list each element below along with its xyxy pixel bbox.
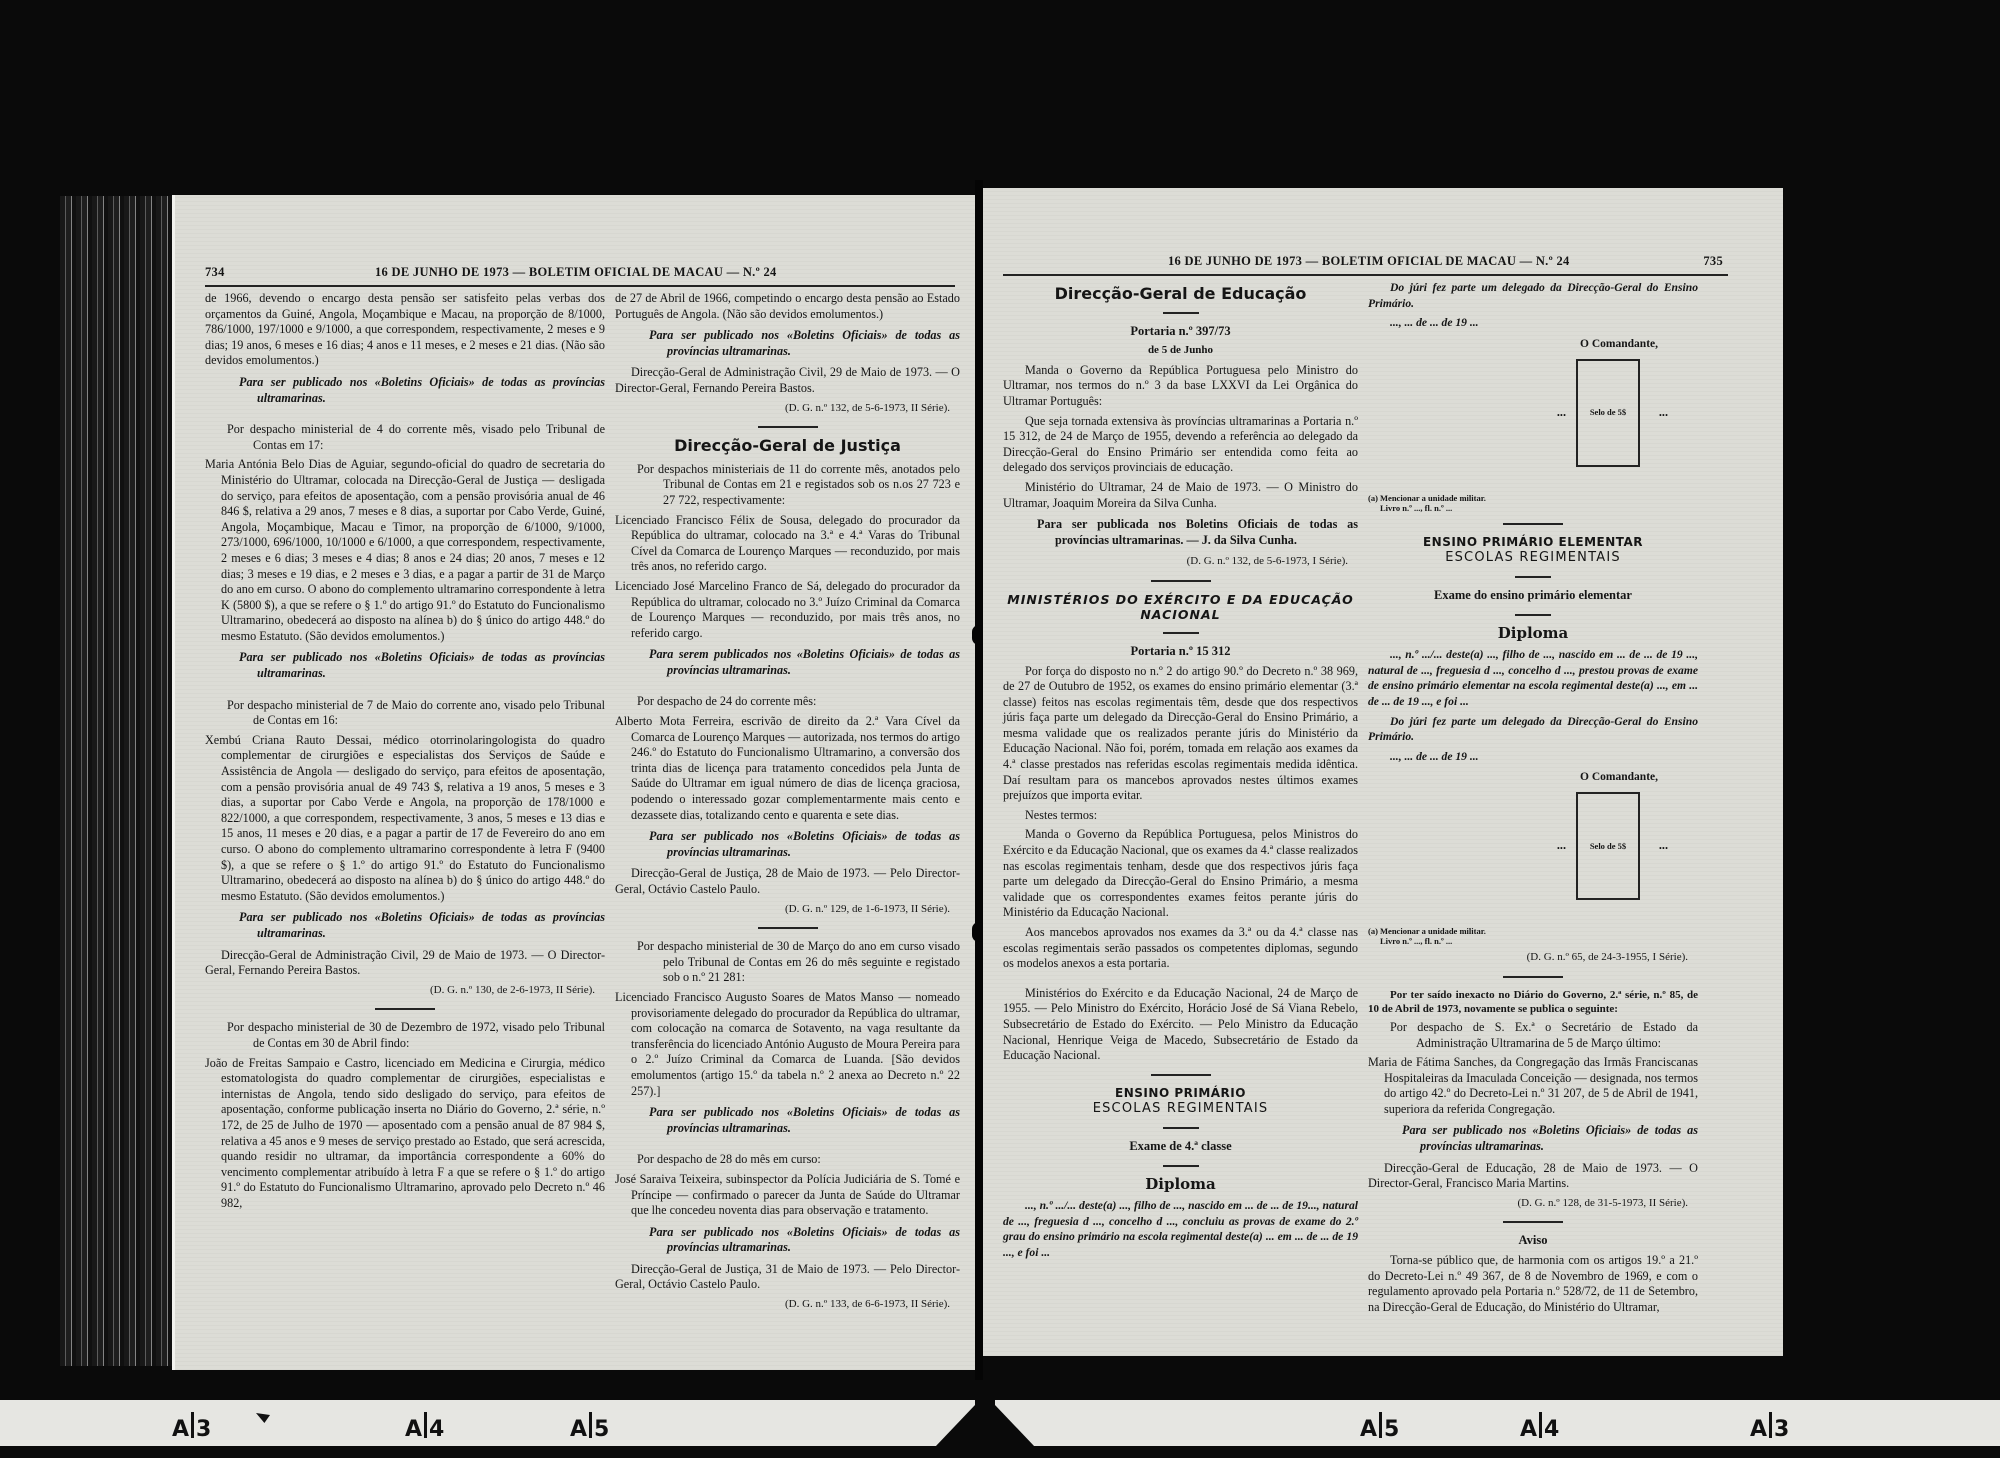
form-subheading: ESCOLAS REGIMENTAIS bbox=[1368, 550, 1698, 566]
dg-reference: (D. G. n.º 65, de 24-3-1955, I Série). bbox=[1368, 950, 1698, 966]
dots: ... bbox=[1659, 405, 1668, 421]
frame-marker: A5 bbox=[1360, 1412, 1399, 1442]
separator bbox=[758, 927, 818, 929]
dg-reference: (D. G. n.º 129, de 1-6-1973, II Série). bbox=[615, 902, 960, 918]
dispatch-entry: Maria de Fátima Sanches, da Congregação … bbox=[1368, 1055, 1698, 1117]
publication-note: Para ser publicada nos Boletins Oficiais… bbox=[1003, 517, 1358, 548]
dispatch-entry: Licenciado Francisco Félix de Sousa, del… bbox=[615, 513, 960, 575]
paragraph: Nestes termos: bbox=[1003, 808, 1358, 824]
header-rule bbox=[1003, 274, 1728, 276]
separator bbox=[758, 426, 818, 428]
separator bbox=[1503, 523, 1563, 525]
section-title: Direcção-Geral de Justiça bbox=[615, 438, 960, 454]
commander-label: O Comandante, bbox=[1580, 337, 1658, 353]
page-734: 734 16 DE JUNHO DE 1973 — BOLETIM OFICIA… bbox=[172, 195, 975, 1370]
signature-line: Ministérios do Exército e da Educação Na… bbox=[1003, 986, 1358, 1064]
form-date: ..., ... de ... de 19 ... bbox=[1368, 315, 1698, 331]
center-marker-right bbox=[995, 1405, 1035, 1447]
separator bbox=[1163, 1127, 1199, 1129]
form-subheading: ESCOLAS REGIMENTAIS bbox=[1003, 1101, 1358, 1117]
dispatch-entry: Xembú Criana Rauto Dessai, médico otorri… bbox=[205, 733, 605, 905]
frame-marker: A5 bbox=[570, 1412, 609, 1442]
dispatch-intro: Por despacho de S. Ex.ª o Secretário de … bbox=[1368, 1020, 1698, 1051]
publication-note: Para ser publicado nos «Boletins Oficiai… bbox=[615, 1225, 960, 1256]
publication-note: Para ser publicado nos «Boletins Oficiai… bbox=[615, 328, 960, 359]
page-number: 735 bbox=[1703, 254, 1723, 269]
signature-line: Direcção-Geral de Administração Civil, 2… bbox=[205, 948, 605, 979]
dg-reference: (D. G. n.º 133, de 6-6-1973, II Série). bbox=[615, 1297, 960, 1313]
dispatch-intro: Por despacho ministerial de 30 de Dezemb… bbox=[205, 1020, 605, 1051]
dispatch-intro: Por despacho ministerial de 30 de Março … bbox=[615, 939, 960, 986]
dispatch-intro: Por despacho de 24 do corrente mês: bbox=[615, 694, 960, 710]
publication-note: Para ser publicado nos «Boletins Oficiai… bbox=[615, 1105, 960, 1136]
exam-title: Exame do ensino primário elementar bbox=[1368, 588, 1698, 604]
frame-marker: A4 bbox=[405, 1412, 444, 1442]
diploma-title: Diploma bbox=[1368, 626, 1698, 642]
page-735: 16 DE JUNHO DE 1973 — BOLETIM OFICIAL DE… bbox=[983, 188, 1783, 1356]
header-rule bbox=[205, 285, 955, 287]
dg-reference: (D. G. n.º 132, de 5-6-1973, II Série). bbox=[615, 401, 960, 417]
footnote: (a) Mencionar a unidade militar. Livro n… bbox=[1368, 926, 1698, 946]
exam-title: Exame de 4.ª classe bbox=[1003, 1139, 1358, 1155]
running-title: 16 DE JUNHO DE 1973 — BOLETIM OFICIAL DE… bbox=[1168, 254, 1570, 269]
signature-seal-block: O Comandante, ... Selo de 5$ ... bbox=[1368, 770, 1698, 920]
aviso-title: Aviso bbox=[1368, 1233, 1698, 1249]
diploma-form-text: ..., n.º .../... deste(a) ..., filho de … bbox=[1003, 1198, 1358, 1260]
diploma-form-text: ..., n.º .../... deste(a) ..., filho de … bbox=[1368, 647, 1698, 709]
dg-reference: (D. G. n.º 132, de 5-6-1973, I Série). bbox=[1003, 554, 1358, 570]
portaria-date: de 5 de Junho bbox=[1003, 343, 1358, 359]
signature-line: Direcção-Geral de Administração Civil, 2… bbox=[615, 365, 960, 396]
section-title: Direcção-Geral de Educação bbox=[1003, 286, 1358, 302]
footnote: (a) Mencionar a unidade militar. Livro n… bbox=[1368, 493, 1698, 513]
form-date: ..., ... de ... de 19 ... bbox=[1368, 749, 1698, 765]
page-number: 734 bbox=[205, 265, 225, 280]
diploma-title: Diploma bbox=[1003, 1177, 1358, 1193]
separator bbox=[1151, 1074, 1211, 1076]
dispatch-intro: Por despacho ministerial de 7 de Maio do… bbox=[205, 698, 605, 729]
dispatch-entry: Maria Antónia Belo Dias de Aguiar, segun… bbox=[205, 457, 605, 644]
separator bbox=[375, 1008, 435, 1010]
frame-marker: A4 bbox=[1520, 1412, 1559, 1442]
publication-note: Para serem publicados nos «Boletins Ofic… bbox=[615, 647, 960, 678]
dispatch-entry: Licenciado Francisco Augusto Soares de M… bbox=[615, 990, 960, 1099]
separator bbox=[1163, 1165, 1199, 1167]
publication-note: Para ser publicado nos «Boletins Oficiai… bbox=[205, 910, 605, 941]
publication-note: Para ser publicado nos «Boletins Oficiai… bbox=[205, 650, 605, 681]
running-head-right: 16 DE JUNHO DE 1973 — BOLETIM OFICIAL DE… bbox=[983, 254, 1783, 272]
separator bbox=[1151, 580, 1211, 582]
paragraph: Aos mancebos aprovados nos exames da 3.ª… bbox=[1003, 925, 1358, 972]
dots: ... bbox=[1659, 838, 1668, 854]
dg-reference: (D. G. n.º 130, de 2-6-1973, II Série). bbox=[205, 983, 605, 999]
publication-note: Para ser publicado nos «Boletins Oficiai… bbox=[615, 829, 960, 860]
publication-note: Para ser publicado nos «Boletins Oficiai… bbox=[205, 375, 605, 406]
jury-note: Do júri fez parte um delegado da Direcçã… bbox=[1368, 714, 1698, 745]
dispatch-intro: Por despachos ministeriais de 11 do corr… bbox=[615, 462, 960, 509]
dg-reference: (D. G. n.º 128, de 31-5-1973, II Série). bbox=[1368, 1196, 1698, 1212]
signature-line: Direcção-Geral de Justiça, 28 de Maio de… bbox=[615, 866, 960, 897]
separator bbox=[1515, 614, 1551, 616]
separator bbox=[1503, 976, 1563, 978]
separator bbox=[1515, 576, 1551, 578]
dispatch-intro: Por despacho de 28 do mês em curso: bbox=[615, 1152, 960, 1168]
stamp-box: Selo de 5$ bbox=[1576, 359, 1640, 467]
right-column-2: Do júri fez parte um delegado da Direcçã… bbox=[1368, 280, 1698, 1319]
separator bbox=[1503, 1221, 1563, 1223]
dispatch-entry: João de Freitas Sampaio e Castro, licenc… bbox=[205, 1056, 605, 1212]
book-gutter bbox=[975, 180, 983, 1380]
dispatch-entry: Alberto Mota Ferreira, escrivão de direi… bbox=[615, 714, 960, 823]
running-head-left: 734 16 DE JUNHO DE 1973 — BOLETIM OFICIA… bbox=[175, 265, 975, 283]
dots: ... bbox=[1557, 838, 1566, 854]
aviso-text: Torna-se público que, de harmonia com os… bbox=[1368, 1253, 1698, 1315]
paragraph: Por força do disposto no n.º 2 do artigo… bbox=[1003, 664, 1358, 804]
stamp-label: Selo de 5$ bbox=[1590, 839, 1626, 855]
paragraph: de 27 de Abril de 1966, competindo o enc… bbox=[615, 291, 960, 322]
jury-note: Do júri fez parte um delegado da Direcçã… bbox=[1368, 280, 1698, 311]
signature-line: Direcção-Geral de Justiça, 31 de Maio de… bbox=[615, 1262, 960, 1293]
ministry-title: MINISTÉRIOS DO EXÉRCITO E DA EDUCAÇÃO NA… bbox=[1003, 592, 1358, 622]
form-heading: ENSINO PRIMÁRIO ELEMENTAR bbox=[1368, 535, 1698, 551]
stamp-label: Selo de 5$ bbox=[1590, 405, 1626, 421]
page-stack-edge bbox=[60, 196, 172, 1366]
signature-line: Ministério do Ultramar, 24 de Maio de 19… bbox=[1003, 480, 1358, 511]
separator bbox=[1163, 632, 1199, 634]
left-column-2: de 27 de Abril de 1966, competindo o enc… bbox=[615, 291, 960, 1319]
signature-seal-block: O Comandante, ... Selo de 5$ ... bbox=[1368, 337, 1698, 487]
paragraph: Manda o Governo da República Portuguesa,… bbox=[1003, 827, 1358, 921]
center-marker-left bbox=[935, 1405, 975, 1447]
paragraph: Que seja tornada extensiva às províncias… bbox=[1003, 414, 1358, 476]
stamp-box: Selo de 5$ bbox=[1576, 792, 1640, 900]
correction-note: Por ter saído inexacto no Diário do Gove… bbox=[1368, 988, 1698, 1016]
paragraph: Manda o Governo da República Portuguesa … bbox=[1003, 363, 1358, 410]
separator bbox=[1163, 312, 1199, 314]
left-column-1: de 1966, devendo o encargo desta pensão … bbox=[205, 291, 605, 1215]
publication-note: Para ser publicado nos «Boletins Oficiai… bbox=[1368, 1123, 1698, 1154]
right-column-1: Direcção-Geral de Educação Portaria n.º … bbox=[1003, 280, 1358, 1265]
paragraph: de 1966, devendo o encargo desta pensão … bbox=[205, 291, 605, 369]
frame-marker: A3 bbox=[1750, 1412, 1789, 1442]
dispatch-intro: Por despacho ministerial de 4 do corrent… bbox=[205, 422, 605, 453]
dispatch-entry: Licenciado José Marcelino Franco de Sá, … bbox=[615, 579, 960, 641]
form-heading: ENSINO PRIMÁRIO bbox=[1003, 1086, 1358, 1102]
dots: ... bbox=[1557, 405, 1566, 421]
portaria-title: Portaria n.º 397/73 bbox=[1003, 324, 1358, 340]
dispatch-entry: José Saraiva Teixeira, subinspector da P… bbox=[615, 1172, 960, 1219]
portaria-title: Portaria n.º 15 312 bbox=[1003, 644, 1358, 660]
signature-line: Direcção-Geral de Educação, 28 de Maio d… bbox=[1368, 1161, 1698, 1192]
commander-label: O Comandante, bbox=[1580, 770, 1658, 786]
frame-marker: A3 bbox=[172, 1412, 211, 1442]
running-title: 16 DE JUNHO DE 1973 — BOLETIM OFICIAL DE… bbox=[375, 265, 777, 280]
